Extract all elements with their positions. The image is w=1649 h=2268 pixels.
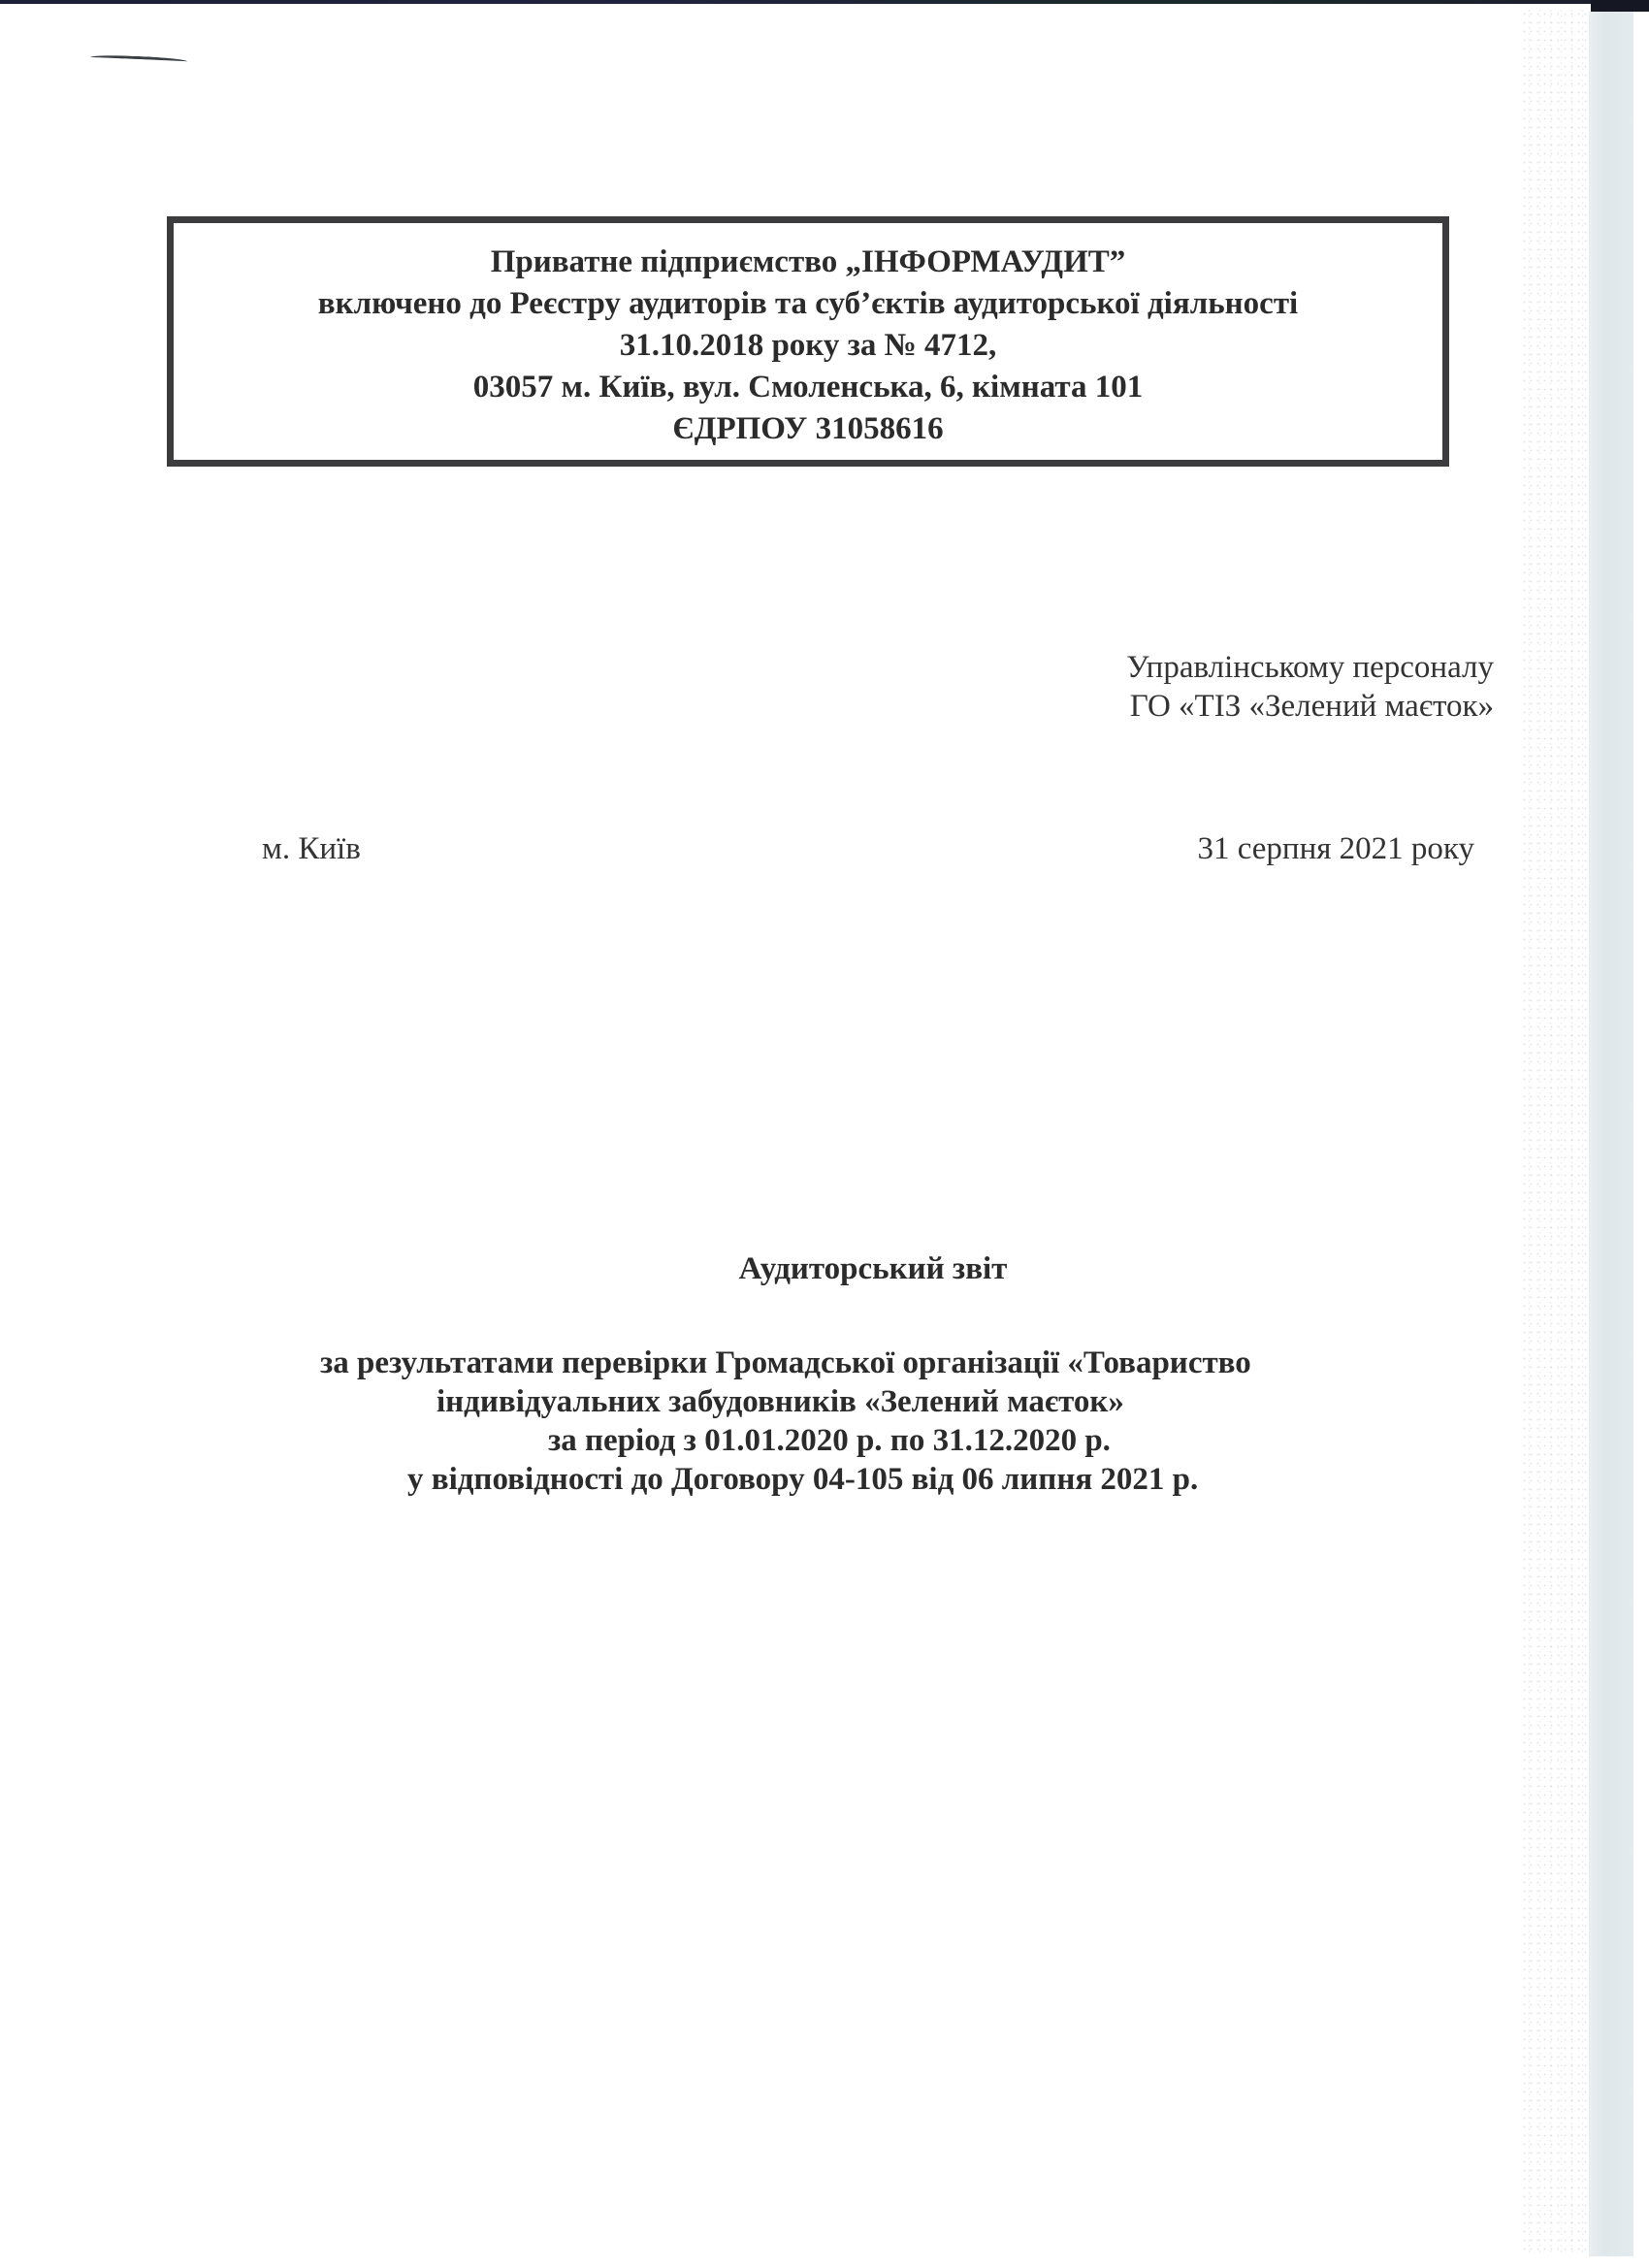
subtitle-contract: у відповідності до Договору 04-105 від 0… xyxy=(407,1460,1198,1499)
subtitle-period: за період з 01.01.2020 р. по 31.12.2020 … xyxy=(548,1421,1111,1460)
subtitle-line: індивідуальних забудовників «Зелений має… xyxy=(436,1382,1124,1421)
staple-mark xyxy=(90,54,187,71)
addressee-organization: ГО «ТІЗ «Зелений маєток» xyxy=(1126,687,1494,726)
auditor-info-box: Приватне підприємство „ІНФОРМАУДИТ” вклю… xyxy=(167,216,1449,467)
document-place: м. Київ xyxy=(262,831,361,867)
registry-date-number: 31.10.2018 року за № 4712, xyxy=(174,325,1442,367)
report-title: Аудиторський звіт xyxy=(0,1251,1649,1287)
scanner-top-right-edge xyxy=(1591,0,1649,12)
company-edrpou: ЄДРПОУ 31058616 xyxy=(174,408,1442,450)
scan-noise xyxy=(1521,10,1587,2256)
registry-statement: включено до Реєстру аудиторів та суб’єкт… xyxy=(174,283,1442,325)
company-address: 03057 м. Київ, вул. Смоленська, 6, кімна… xyxy=(174,367,1442,408)
company-name: Приватне підприємство „ІНФОРМАУДИТ” xyxy=(174,242,1442,283)
subtitle-line: за результатами перевірки Громадської ор… xyxy=(320,1344,1251,1382)
document-date: 31 серпня 2021 року xyxy=(1197,831,1474,867)
page-edge-strip xyxy=(1589,12,1633,2256)
addressee-line: Управлінському персоналу xyxy=(1126,648,1494,687)
addressee-block: Управлінському персоналу ГО «ТІЗ «Зелени… xyxy=(1126,648,1494,726)
scanner-top-edge xyxy=(0,0,1649,4)
